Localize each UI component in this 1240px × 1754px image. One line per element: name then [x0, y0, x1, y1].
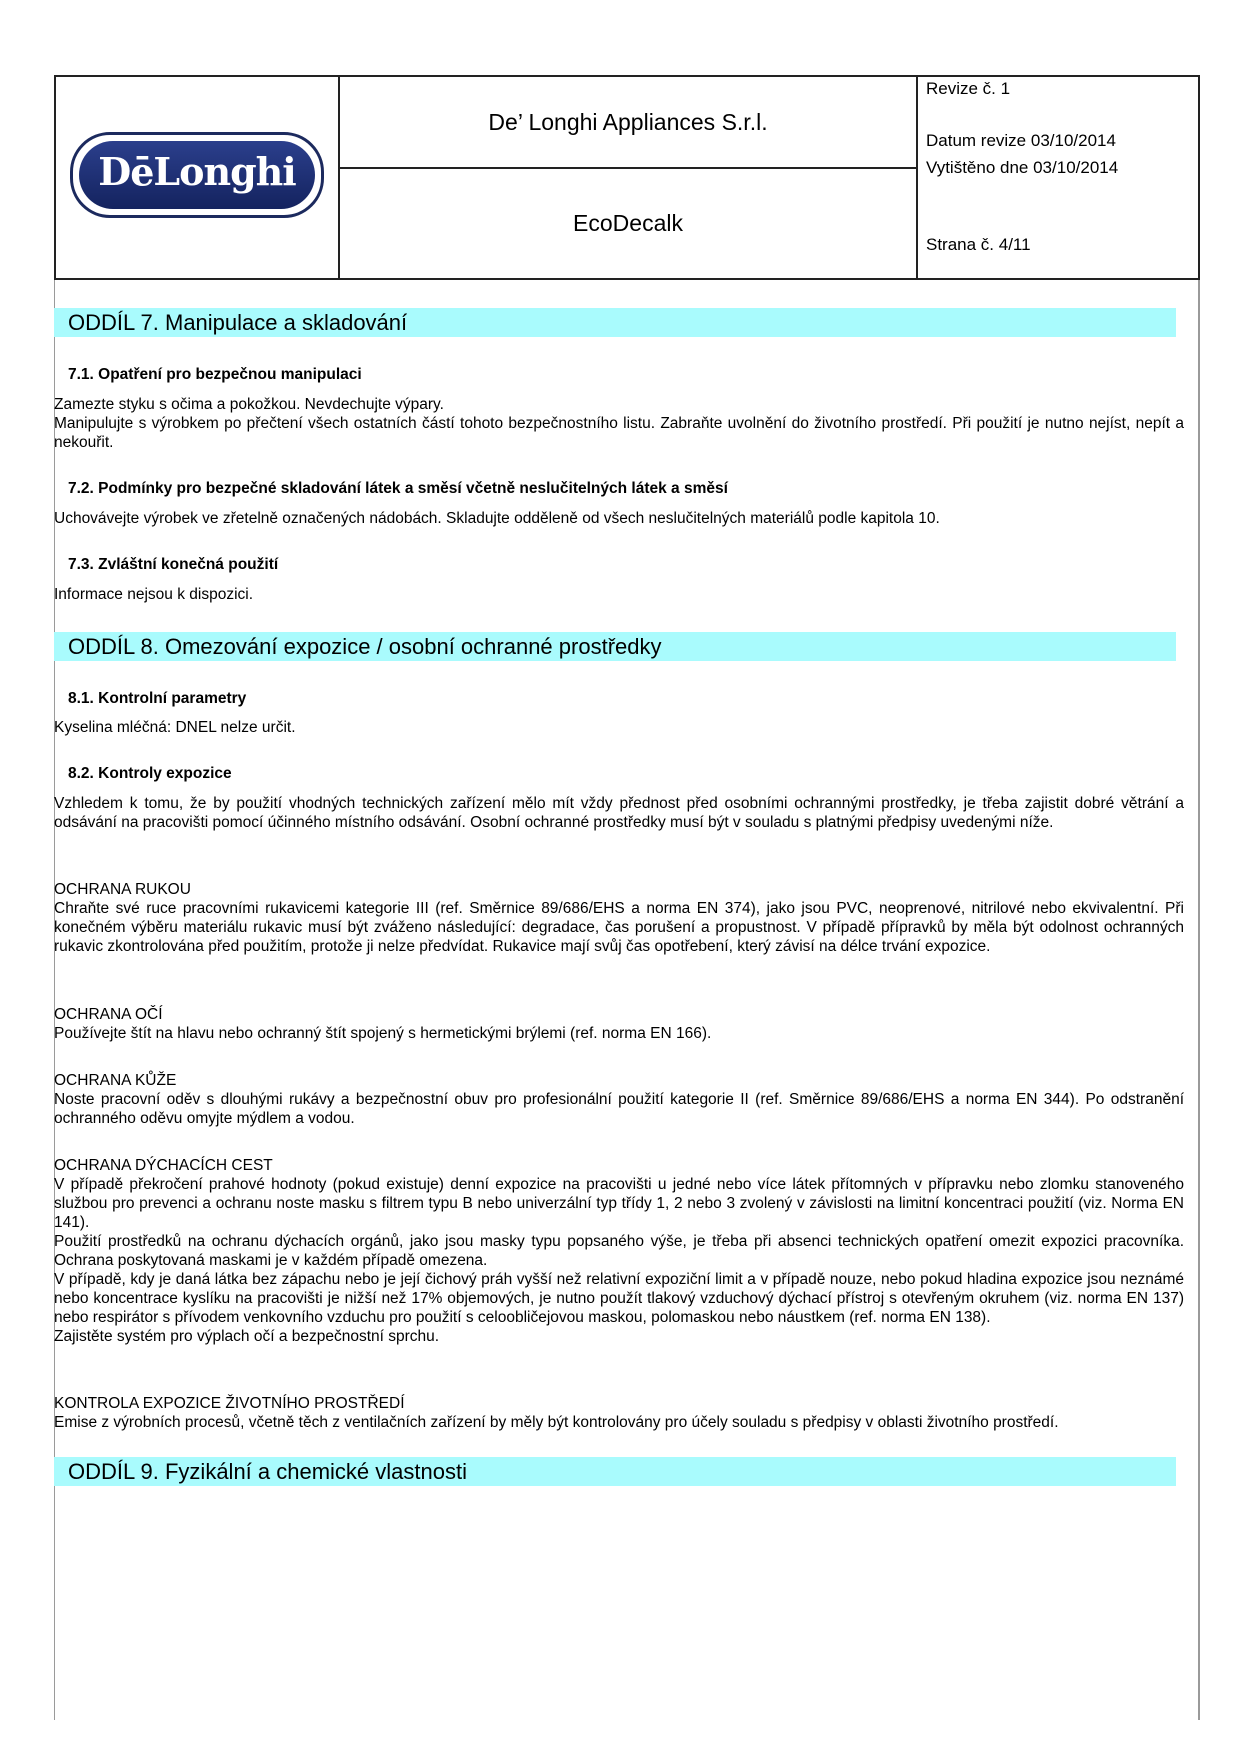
- page-number: Strana č. 4/11: [926, 235, 1031, 255]
- revision-number: Revize č. 1: [926, 79, 1010, 99]
- paragraph: Manipulujte s výrobkem po přečtení všech…: [54, 414, 1184, 452]
- subsection-7-3-heading: 7.3. Zvláštní konečná použití: [68, 556, 278, 574]
- hand-protection: OCHRANA RUKOU Chraňte své ruce pracovním…: [54, 880, 1184, 956]
- respiratory-protection-text: Použití prostředků na ochranu dýchacích …: [54, 1232, 1184, 1270]
- hand-protection-label: OCHRANA RUKOU: [54, 880, 1184, 899]
- logo-cell: DēLonghi: [55, 76, 339, 279]
- company-name: De’ Longhi Appliances S.r.l.: [339, 76, 917, 168]
- eye-protection-label: OCHRANA OČÍ: [54, 1005, 1184, 1024]
- subsection-7-1-heading: 7.1. Opatření pro bezpečnou manipulaci: [68, 366, 362, 384]
- subsection-8-1-text: Kyselina mléčná: DNEL nelze určit.: [54, 718, 1184, 737]
- page-border-right: [1198, 280, 1200, 1720]
- subsection-7-3-text: Informace nejsou k dispozici.: [54, 585, 1184, 604]
- page-border-left: [54, 280, 55, 1720]
- section-9-title: ODDÍL 9. Fyzikální a chemické vlastnosti: [54, 1457, 1176, 1486]
- environmental-exposure: KONTROLA EXPOZICE ŽIVOTNÍHO PROSTŘEDÍ Em…: [54, 1394, 1184, 1432]
- product-name: EcoDecalk: [339, 168, 917, 279]
- subsection-7-1-text: Zamezte styku s očima a pokožkou. Nevdec…: [54, 395, 1184, 452]
- revision-info: Revize č. 1 Datum revize 03/10/2014 Vyti…: [917, 76, 1199, 279]
- respiratory-protection-text: Zajistěte systém pro výplach očí a bezpe…: [54, 1327, 1184, 1346]
- respiratory-protection-text: V případě překročení prahové hodnoty (po…: [54, 1175, 1184, 1232]
- skin-protection: OCHRANA KŮŽE Noste pracovní oděv s dlouh…: [54, 1071, 1184, 1128]
- environmental-exposure-text: Emise z výrobních procesů, včetně těch z…: [54, 1413, 1184, 1432]
- document-header: DēLonghi De’ Longhi Appliances S.r.l. Re…: [54, 75, 1200, 280]
- section-7-title: ODDÍL 7. Manipulace a skladování: [54, 308, 1176, 337]
- skin-protection-text: Noste pracovní oděv s dlouhými rukávy a …: [54, 1090, 1184, 1128]
- environmental-exposure-label: KONTROLA EXPOZICE ŽIVOTNÍHO PROSTŘEDÍ: [54, 1394, 1184, 1413]
- subsection-7-2-text: Uchovávejte výrobek ve zřetelně označený…: [54, 509, 1184, 528]
- subsection-8-2-intro: Vzhledem k tomu, že by použití vhodných …: [54, 794, 1184, 832]
- subsection-8-2-heading: 8.2. Kontroly expozice: [68, 765, 232, 783]
- subsection-8-1-heading: 8.1. Kontrolní parametry: [68, 690, 246, 708]
- revision-date: Datum revize 03/10/2014: [926, 131, 1116, 151]
- paragraph: Zamezte styku s očima a pokožkou. Nevdec…: [54, 395, 1184, 414]
- eye-protection: OCHRANA OČÍ Používejte štít na hlavu neb…: [54, 1005, 1184, 1043]
- skin-protection-label: OCHRANA KŮŽE: [54, 1071, 1184, 1090]
- hand-protection-text: Chraňte své ruce pracovními rukavicemi k…: [54, 899, 1184, 956]
- respiratory-protection: OCHRANA DÝCHACÍCH CEST V případě překroč…: [54, 1156, 1184, 1346]
- section-8-title: ODDÍL 8. Omezování expozice / osobní och…: [54, 632, 1176, 661]
- respiratory-protection-label: OCHRANA DÝCHACÍCH CEST: [54, 1156, 1184, 1175]
- respiratory-protection-text: V případě, kdy je daná látka bez zápachu…: [54, 1270, 1184, 1327]
- logo-text: DēLonghi: [79, 141, 315, 209]
- eye-protection-text: Používejte štít na hlavu nebo ochranný š…: [54, 1024, 1184, 1043]
- subsection-7-2-heading: 7.2. Podmínky pro bezpečné skladování lá…: [68, 480, 728, 498]
- delonghi-logo: DēLonghi: [70, 132, 324, 218]
- printed-date: Vytištěno dne 03/10/2014: [926, 158, 1118, 178]
